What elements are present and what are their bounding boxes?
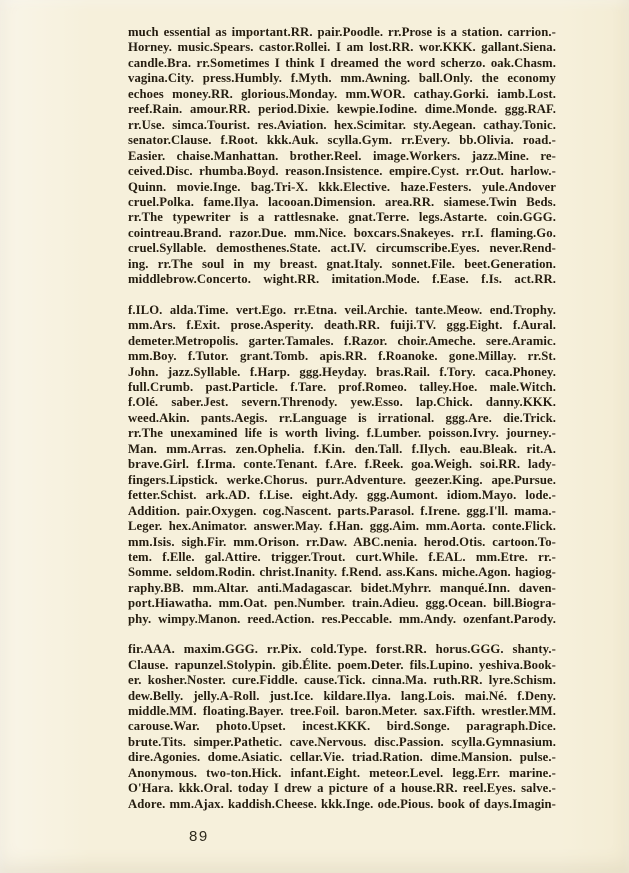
text-line: tem. f.Elle. gal.Attire. trigger.Trout. … bbox=[128, 550, 556, 565]
text-line: candle.Bra. rr.Sometimes I think I dream… bbox=[128, 56, 556, 71]
text-line: middle.MM. floating.Bayer. tree.Foil. ba… bbox=[128, 704, 556, 719]
text-line: fingers.Lipstick. werke.Chorus. purr.Adv… bbox=[128, 473, 556, 488]
text-line: reef.Rain. amour.RR. period.Dixie. kewpi… bbox=[128, 102, 556, 117]
paragraph: fir.AAA. maxim.GGG. rr.Pix. cold.Type. f… bbox=[128, 642, 556, 812]
text-line: ing. rr.The soul in my breast. gnat.Ital… bbox=[128, 257, 556, 272]
text-line: phy. wimpy.Manon. reed.Action. res.Pecca… bbox=[128, 612, 556, 627]
text-line: mm.Ars. f.Exit. prose.Asperity. death.RR… bbox=[128, 318, 556, 333]
paragraph: f.ILO. alda.Time. vert.Ego. rr.Etna. vei… bbox=[128, 303, 556, 628]
text-line: port.Hiawatha. mm.Oat. pen.Number. train… bbox=[128, 596, 556, 611]
text-line: O'Hara. kkk.Oral. today I drew a picture… bbox=[128, 781, 556, 796]
text-line: er. kosher.Noster. cure.Fiddle. cause.Ti… bbox=[128, 673, 556, 688]
text-line: brute.Tits. simper.Pathetic. cave.Nervou… bbox=[128, 735, 556, 750]
paragraph: much essential as important.RR. pair.Poo… bbox=[128, 25, 556, 288]
text-line: Addition. pair.Oxygen. cog.Nascent. part… bbox=[128, 504, 556, 519]
text-line: cruel.Syllable. demosthenes.State. act.I… bbox=[128, 241, 556, 256]
text-line: cointreau.Brand. razor.Due. mm.Nice. box… bbox=[128, 226, 556, 241]
text-line: f.Olé. saber.Jest. severn.Threnody. yew.… bbox=[128, 395, 556, 410]
book-page: much essential as important.RR. pair.Poo… bbox=[0, 0, 629, 873]
text-line: f.ILO. alda.Time. vert.Ego. rr.Etna. vei… bbox=[128, 303, 556, 318]
text-line: fetter.Schist. ark.AD. f.Lise. eight.Ady… bbox=[128, 488, 556, 503]
text-line: middlebrow.Concerto. wight.RR. imitation… bbox=[128, 272, 556, 287]
text-line: raphy.BB. mm.Altar. anti.Madagascar. bid… bbox=[128, 581, 556, 596]
text-line: Man. mm.Arras. zen.Ophelia. f.Kin. den.T… bbox=[128, 442, 556, 457]
text-line: brave.Girl. f.Irma. conte.Tenant. f.Are.… bbox=[128, 457, 556, 472]
text-line: mm.Boy. f.Tutor. grant.Tomb. apis.RR. f.… bbox=[128, 349, 556, 364]
text-line: dew.Belly. jelly.A-Roll. just.Ice. kilda… bbox=[128, 689, 556, 704]
text-line: Clause. rapunzel.Stolypin. gib.Élite. po… bbox=[128, 658, 556, 673]
text-line: rr.The typewriter is a rattlesnake. gnat… bbox=[128, 210, 556, 225]
text-line: fir.AAA. maxim.GGG. rr.Pix. cold.Type. f… bbox=[128, 642, 556, 657]
text-line: senator.Clause. f.Root. kkk.Auk. scylla.… bbox=[128, 133, 556, 148]
text-line: Quinn. movie.Inge. bag.Tri-X. kkk.Electi… bbox=[128, 180, 556, 195]
text-line: rr.The unexamined life is worth living. … bbox=[128, 426, 556, 441]
text-line: cruel.Polka. fame.Ilya. lacooan.Dimensio… bbox=[128, 195, 556, 210]
text-line: Somme. seldom.Rodin. christ.Inanity. f.R… bbox=[128, 565, 556, 580]
text-line: rr.Use. simca.Tourist. res.Aviation. hex… bbox=[128, 118, 556, 133]
text-line: carouse.War. photo.Upset. incest.KKK. bi… bbox=[128, 719, 556, 734]
text-line: vagina.City. press.Humbly. f.Myth. mm.Aw… bbox=[128, 71, 556, 86]
text-line: mm.Isis. sigh.Fir. mm.Orison. rr.Daw. AB… bbox=[128, 535, 556, 550]
text-line: Horney. music.Spears. castor.Rollei. I a… bbox=[128, 40, 556, 55]
text-line: much essential as important.RR. pair.Poo… bbox=[128, 25, 556, 40]
page-number: 89 bbox=[189, 828, 209, 845]
text-line: Anonymous. two-ton.Hick. infant.Eight. m… bbox=[128, 766, 556, 781]
text-block: much essential as important.RR. pair.Poo… bbox=[128, 25, 556, 827]
text-line: demeter.Metropolis. garter.Tamales. f.Ra… bbox=[128, 334, 556, 349]
text-line: ceived.Disc. rhumba.Boyd. reason.Insiste… bbox=[128, 164, 556, 179]
text-line: John. jazz.Syllable. f.Harp. ggg.Heyday.… bbox=[128, 365, 556, 380]
text-line: full.Crumb. past.Particle. f.Tare. prof.… bbox=[128, 380, 556, 395]
text-line: dire.Agonies. dome.Asiatic. cellar.Vie. … bbox=[128, 750, 556, 765]
text-line: echoes money.RR. glorious.Monday. mm.WOR… bbox=[128, 87, 556, 102]
text-line: weed.Akin. pants.Aegis. rr.Language is i… bbox=[128, 411, 556, 426]
text-line: Adore. mm.Ajax. kaddish.Cheese. kkk.Inge… bbox=[128, 797, 556, 812]
text-line: Leger. hex.Animator. answer.May. f.Han. … bbox=[128, 519, 556, 534]
text-line: Easier. chaise.Manhattan. brother.Reel. … bbox=[128, 149, 556, 164]
